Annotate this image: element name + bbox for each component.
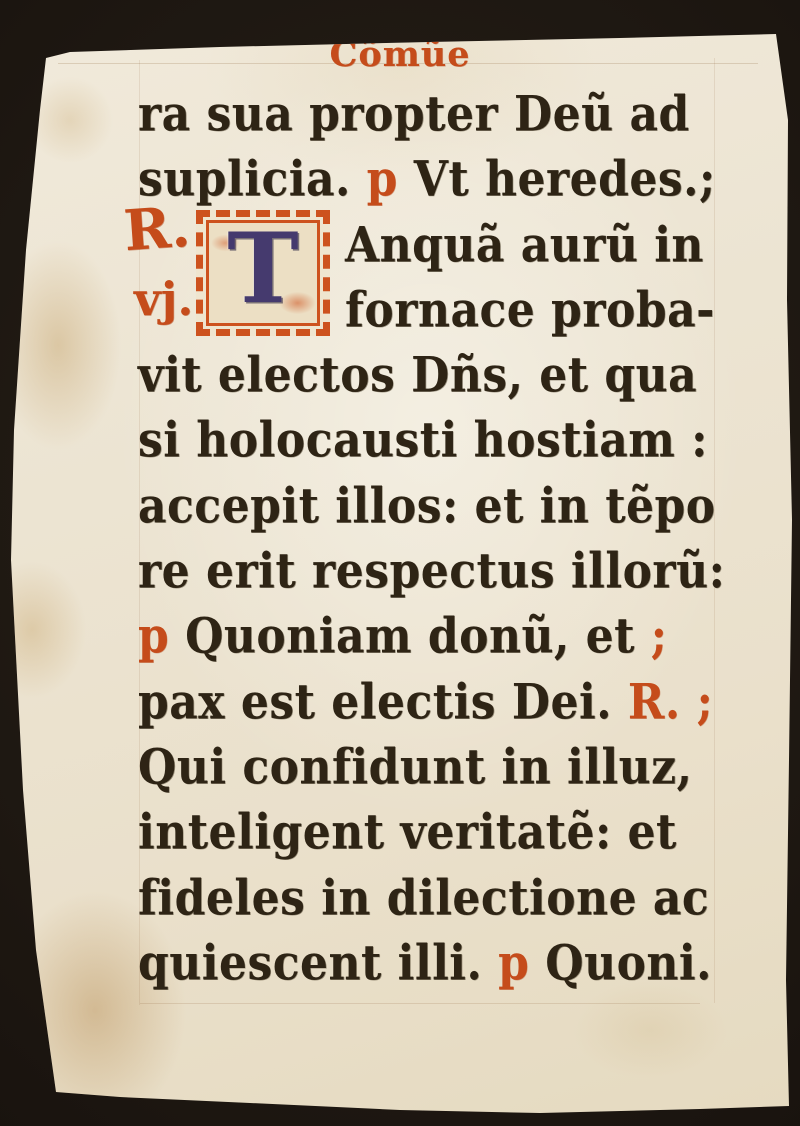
ink-text-run: fideles in dilectione ac [138, 870, 709, 926]
manuscript-leaf: Cõmũe R. vj. T ra sua propter Deũ adsupl… [0, 0, 800, 1126]
manuscript-line: Anquã aurũ in [138, 209, 716, 281]
ink-text-run: pax est electis Dei. [138, 674, 628, 730]
ink-text-run: re erit respectus illorũ: [138, 544, 725, 600]
rubric-text-run: R. ; [628, 674, 713, 730]
rubric-text-run: p [138, 609, 185, 665]
ink-text-run: inteligent veritatẽ: et [138, 805, 677, 861]
manuscript-line: inteligent veritatẽ: et [138, 797, 716, 869]
ink-text-run: suplicia. [138, 152, 367, 208]
rubric-text-run: p [367, 152, 414, 208]
manuscript-line: fideles in dilectione ac [138, 862, 716, 934]
ink-text-run: accepit illos: et in tẽpo [138, 478, 716, 534]
ruling-line-bottom [140, 1003, 700, 1004]
manuscript-line: suplicia. p Vt heredes.; [138, 144, 716, 216]
running-header-rubric: Cõmũe [0, 34, 800, 75]
photograph-backdrop: Cõmũe R. vj. T ra sua propter Deũ adsupl… [0, 0, 800, 1126]
manuscript-line: re erit respectus illorũ: [138, 536, 716, 608]
ink-text-run: fornace proba- [345, 282, 715, 338]
manuscript-line: vit electos Dñs, et qua [138, 340, 716, 412]
rubric-text-run: ; [651, 609, 668, 665]
text-block: ra sua propter Deũ adsuplicia. p Vt here… [138, 82, 716, 996]
ink-text-run: Anquã aurũ in [345, 217, 704, 273]
ink-text-run: Quoni. [545, 935, 712, 991]
ink-text-run: Qui confidunt in illuz, [138, 739, 692, 795]
rubric-text-run: p [498, 935, 545, 991]
ink-text-run: Quoniam donũ, et [185, 609, 651, 665]
manuscript-line: accepit illos: et in tẽpo [138, 471, 716, 543]
manuscript-line: ra sua propter Deũ ad [138, 79, 716, 151]
ink-text-run: vit electos Dñs, et qua [138, 348, 697, 404]
manuscript-line: si holocausti hostiam : [138, 405, 716, 477]
ink-text-run: Vt heredes.; [414, 152, 716, 208]
manuscript-line: p Quoniam donũ, et ; [138, 601, 716, 673]
manuscript-line: Qui confidunt in illuz, [138, 732, 716, 804]
ink-text-run: ra sua propter Deũ ad [138, 86, 690, 142]
ink-text-run: si holocausti hostiam : [138, 413, 708, 469]
manuscript-line: quiescent illi. p Quoni. [138, 928, 716, 1000]
manuscript-line: pax est electis Dei. R. ; [138, 666, 716, 738]
manuscript-line: fornace proba- [138, 275, 716, 347]
ink-text-run: quiescent illi. [138, 935, 498, 991]
